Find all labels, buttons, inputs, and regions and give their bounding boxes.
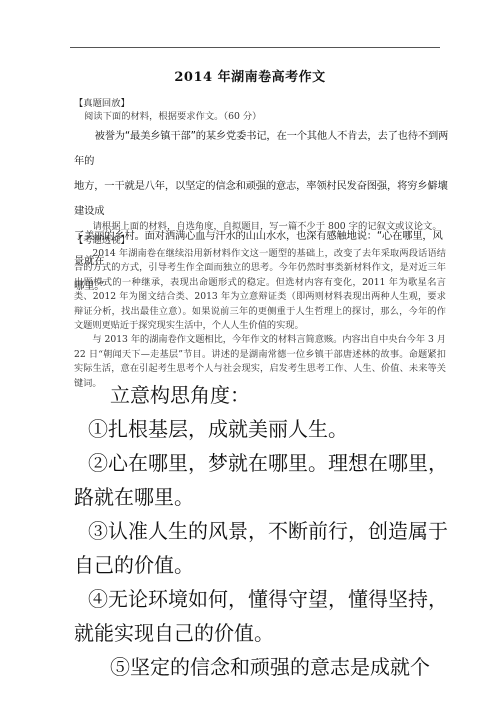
idea-item-4-cont: 就能实现自己的价值。 xyxy=(74,616,474,650)
idea-item-3: ③认准人生的风景，不断前行，创造属于 xyxy=(74,514,474,548)
document-title: 2014 年湖南卷高考作文 xyxy=(0,66,500,85)
idea-item-4: ④无论环境如何，懂得守望，懂得坚持， xyxy=(74,582,474,616)
section-heading-analysis: 【考题透视】 xyxy=(74,234,130,247)
ideas-heading: 立意构思角度： xyxy=(74,378,474,412)
idea-item-2-cont: 路就在哪里。 xyxy=(74,480,474,514)
section-heading-review: 【真题回放】 xyxy=(74,97,130,110)
instruction-text: 阅读下面的材料，根据要求作文。（60 分） xyxy=(84,110,456,123)
idea-item-2: ②心在哪里，梦就在哪里。理想在哪里， xyxy=(74,446,474,480)
idea-item-3-cont: 自己的价值。 xyxy=(74,548,474,582)
analysis-paragraph: 2014 年湖南卷在继续沿用新材料作文这一题型的基础上，改变了去年采取两段话语结… xyxy=(74,247,446,333)
material-line: 被誉为“最美乡镇干部”的某乡党委书记，在一个其他人不肯去，去了也待不到两年的 xyxy=(74,124,449,174)
idea-item-1: ①扎根基层，成就美丽人生。 xyxy=(74,412,474,446)
idea-item-5: ⑤坚定的信念和顽强的意志是成就个 xyxy=(74,650,474,684)
header-rule xyxy=(70,47,440,48)
ideas-block: 立意构思角度： ①扎根基层，成就美丽人生。 ②心在哪里，梦就在哪里。理想在哪里，… xyxy=(74,378,474,684)
requirement-text: 请根据上面的材料，自选角度，自拟题目，写一篇不少于 800 字的记叙文或议论文。 xyxy=(74,220,446,233)
material-line: 地方，一干就是八年，以坚定的信念和顽强的意志，率领村民发奋图强，将穷乡僻壤建设成 xyxy=(74,174,449,224)
analysis-block: 2014 年湖南卷在继续沿用新材料作文这一题型的基础上，改变了去年采取两段话语结… xyxy=(74,247,446,391)
